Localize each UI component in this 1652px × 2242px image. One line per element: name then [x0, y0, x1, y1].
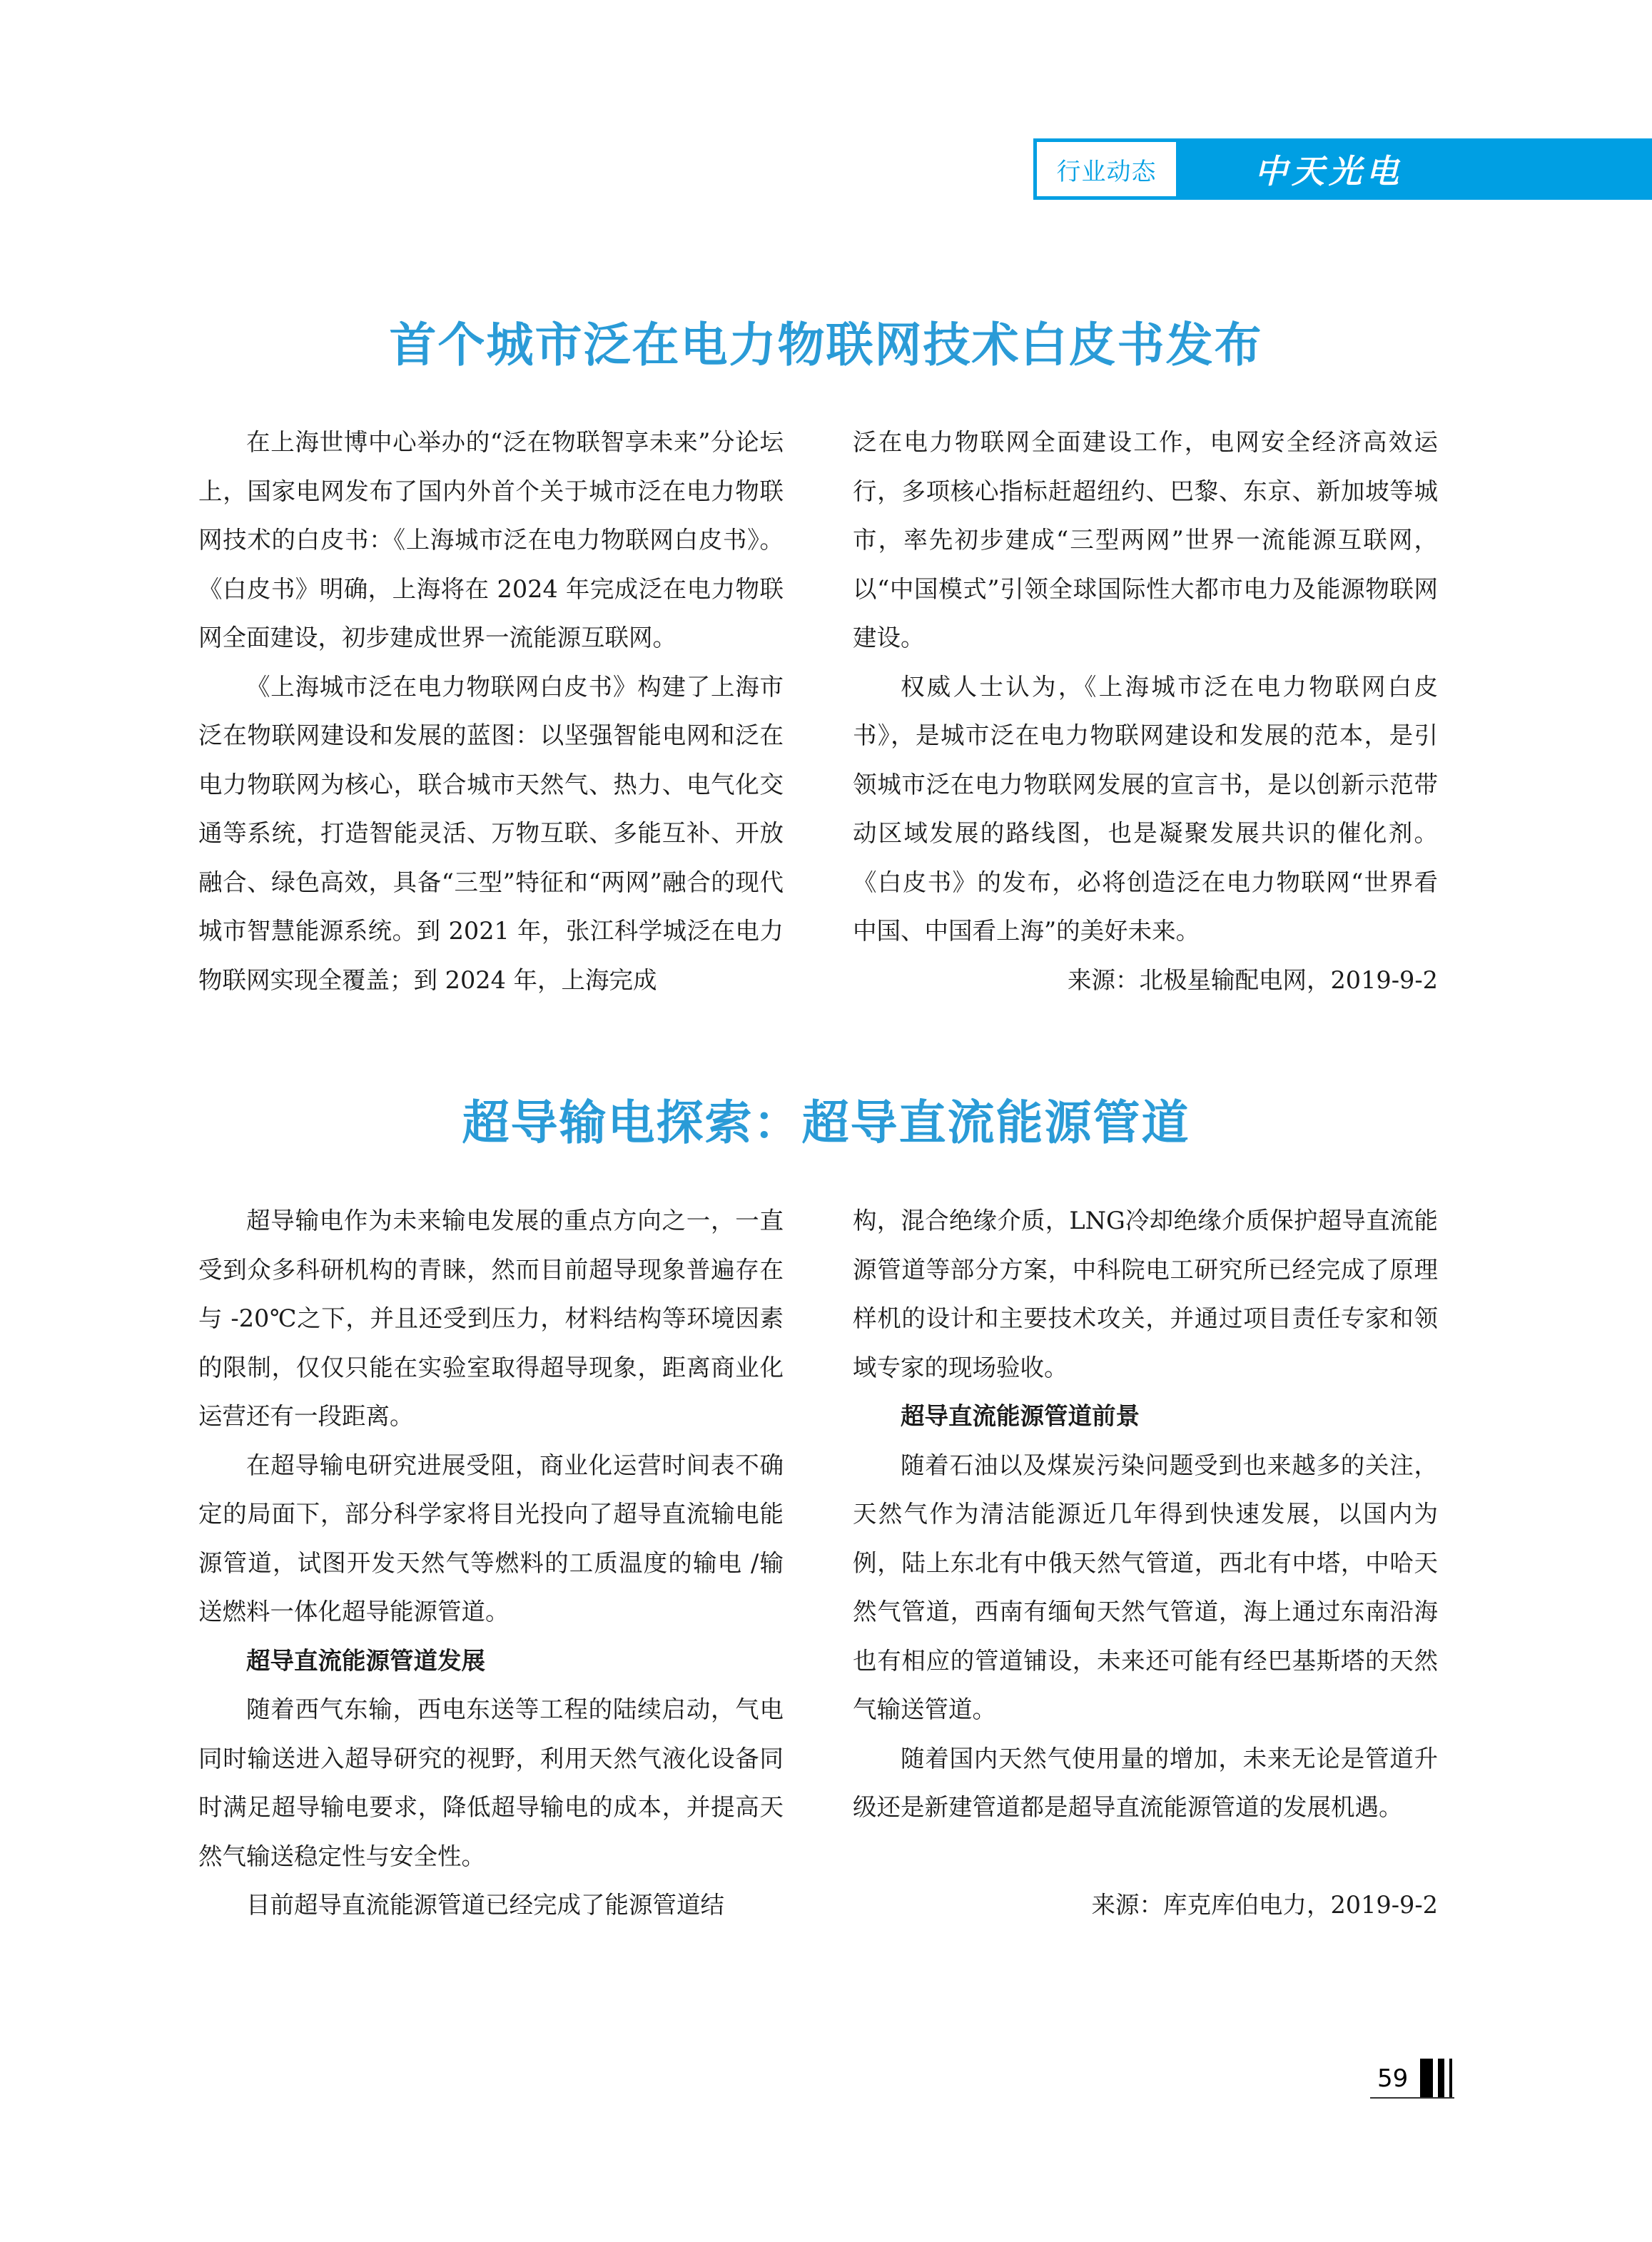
footer-rule — [1370, 2097, 1454, 2099]
article2-paragraph: 随着西气东输，西电东送等工程的陆续启动，气电同时输送进入超导研究的视野，利用天然… — [198, 1685, 784, 1881]
decorative-bar-icon — [1449, 2059, 1452, 2099]
article2-paragraph: 超导输电作为未来输电发展的重点方向之一，一直受到众多科研机构的青睐，然而目前超导… — [198, 1197, 784, 1441]
article1-paragraph: 《上海城市泛在电力物联网白皮书》构建了上海市泛在物联网建设和发展的蓝图：以坚强智… — [198, 663, 784, 1005]
article1-title: 首个城市泛在电力物联网技术白皮书发布 — [0, 307, 1652, 375]
page-footer: 59 — [1370, 2059, 1454, 2099]
decorative-bar-icon — [1420, 2059, 1433, 2099]
article2-left-column: 超导输电作为未来输电发展的重点方向之一，一直受到众多科研机构的青睐，然而目前超导… — [198, 1197, 784, 1930]
section-header-badge: 行业动态 中天光电 — [1033, 138, 1652, 200]
article2-paragraph: 随着国内天然气使用量的增加，未来无论是管道升级还是新建管道都是超导直流能源管道的… — [853, 1735, 1438, 1832]
article2-right-column: 构，混合绝缘介质，LNG冷却绝缘介质保护超导直流能源管道等部分方案，中科院电工研… — [853, 1197, 1438, 1929]
article2-paragraph: 目前超导直流能源管道已经完成了能源管道结 — [198, 1881, 784, 1930]
article1-left-column: 在上海世博中心举办的“泛在物联智享未来”分论坛上，国家电网发布了国内外首个关于城… — [198, 418, 784, 1005]
article2-paragraph: 在超导输电研究进展受阻，商业化运营时间表不确定的局面下，部分科学家将目光投向了超… — [198, 1441, 784, 1637]
article1-paragraph: 权威人士认为，《上海城市泛在电力物联网白皮书》，是城市泛在电力物联网建设和发展的… — [853, 663, 1438, 956]
article2-source: 来源：库克库伯电力，2019-9-2 — [853, 1881, 1438, 1930]
article2-paragraph: 随着石油以及煤炭污染问题受到也来越多的关注，天然气作为清洁能源近几年得到快速发展… — [853, 1441, 1438, 1735]
article1-right-column: 泛在电力物联网全面建设工作，电网安全经济高效运行，多项核心指标赶超纽约、巴黎、东… — [853, 418, 1438, 1005]
page-number: 59 — [1377, 2064, 1408, 2093]
section-label: 行业动态 — [1033, 138, 1176, 200]
article2-paragraph-continued: 构，混合绝缘介质，LNG冷却绝缘介质保护超导直流能源管道等部分方案，中科院电工研… — [853, 1197, 1438, 1392]
article1-source: 来源：北极星输配电网，2019-9-2 — [853, 956, 1438, 1005]
article2-subheading: 超导直流能源管道前景 — [853, 1392, 1438, 1441]
article1-paragraph-continued: 泛在电力物联网全面建设工作，电网安全经济高效运行，多项核心指标赶超纽约、巴黎、东… — [853, 418, 1438, 663]
article1-paragraph: 在上海世博中心举办的“泛在物联智享未来”分论坛上，国家电网发布了国内外首个关于城… — [198, 418, 784, 663]
brand-logo: 中天光电 — [1176, 138, 1652, 200]
decorative-bar-icon — [1438, 2059, 1444, 2099]
article2-title: 超导输电探索：超导直流能源管道 — [0, 1085, 1652, 1152]
article2-subheading: 超导直流能源管道发展 — [198, 1637, 784, 1686]
